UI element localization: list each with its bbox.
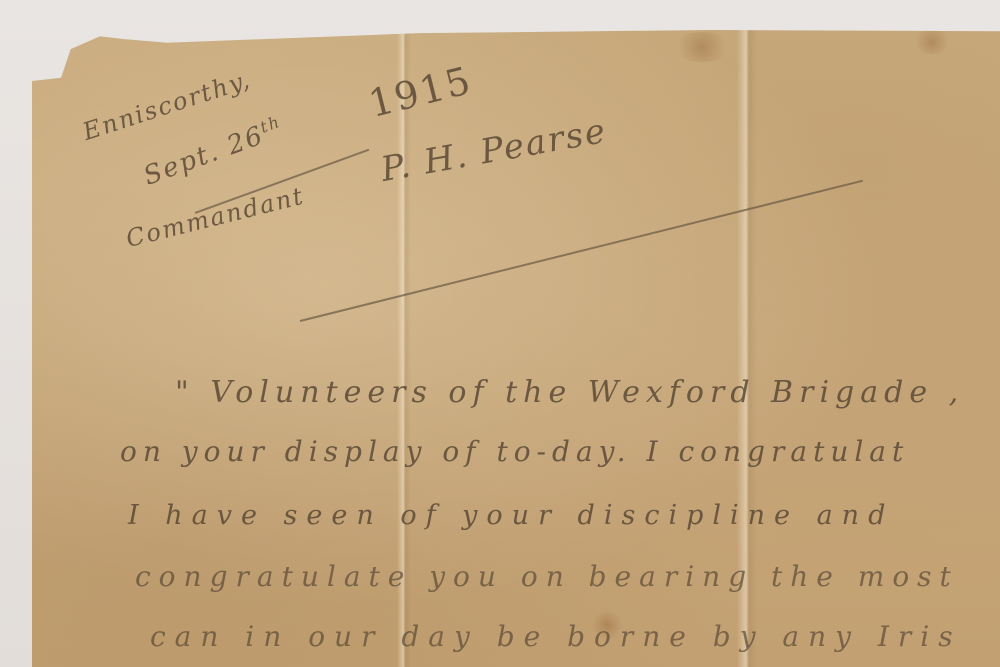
body-line: congratulate you on bearing the most (135, 560, 959, 593)
body-line: " Volunteers of the Wexford Brigade , (175, 375, 964, 410)
body-line: can in our day be borne by any Iris (150, 620, 962, 653)
paper-stain (912, 30, 952, 54)
body-line: on your display of to-day. I congratulat (120, 435, 909, 468)
body-line: I have seen of your discipline and (128, 500, 894, 531)
paper-stain (672, 32, 732, 62)
